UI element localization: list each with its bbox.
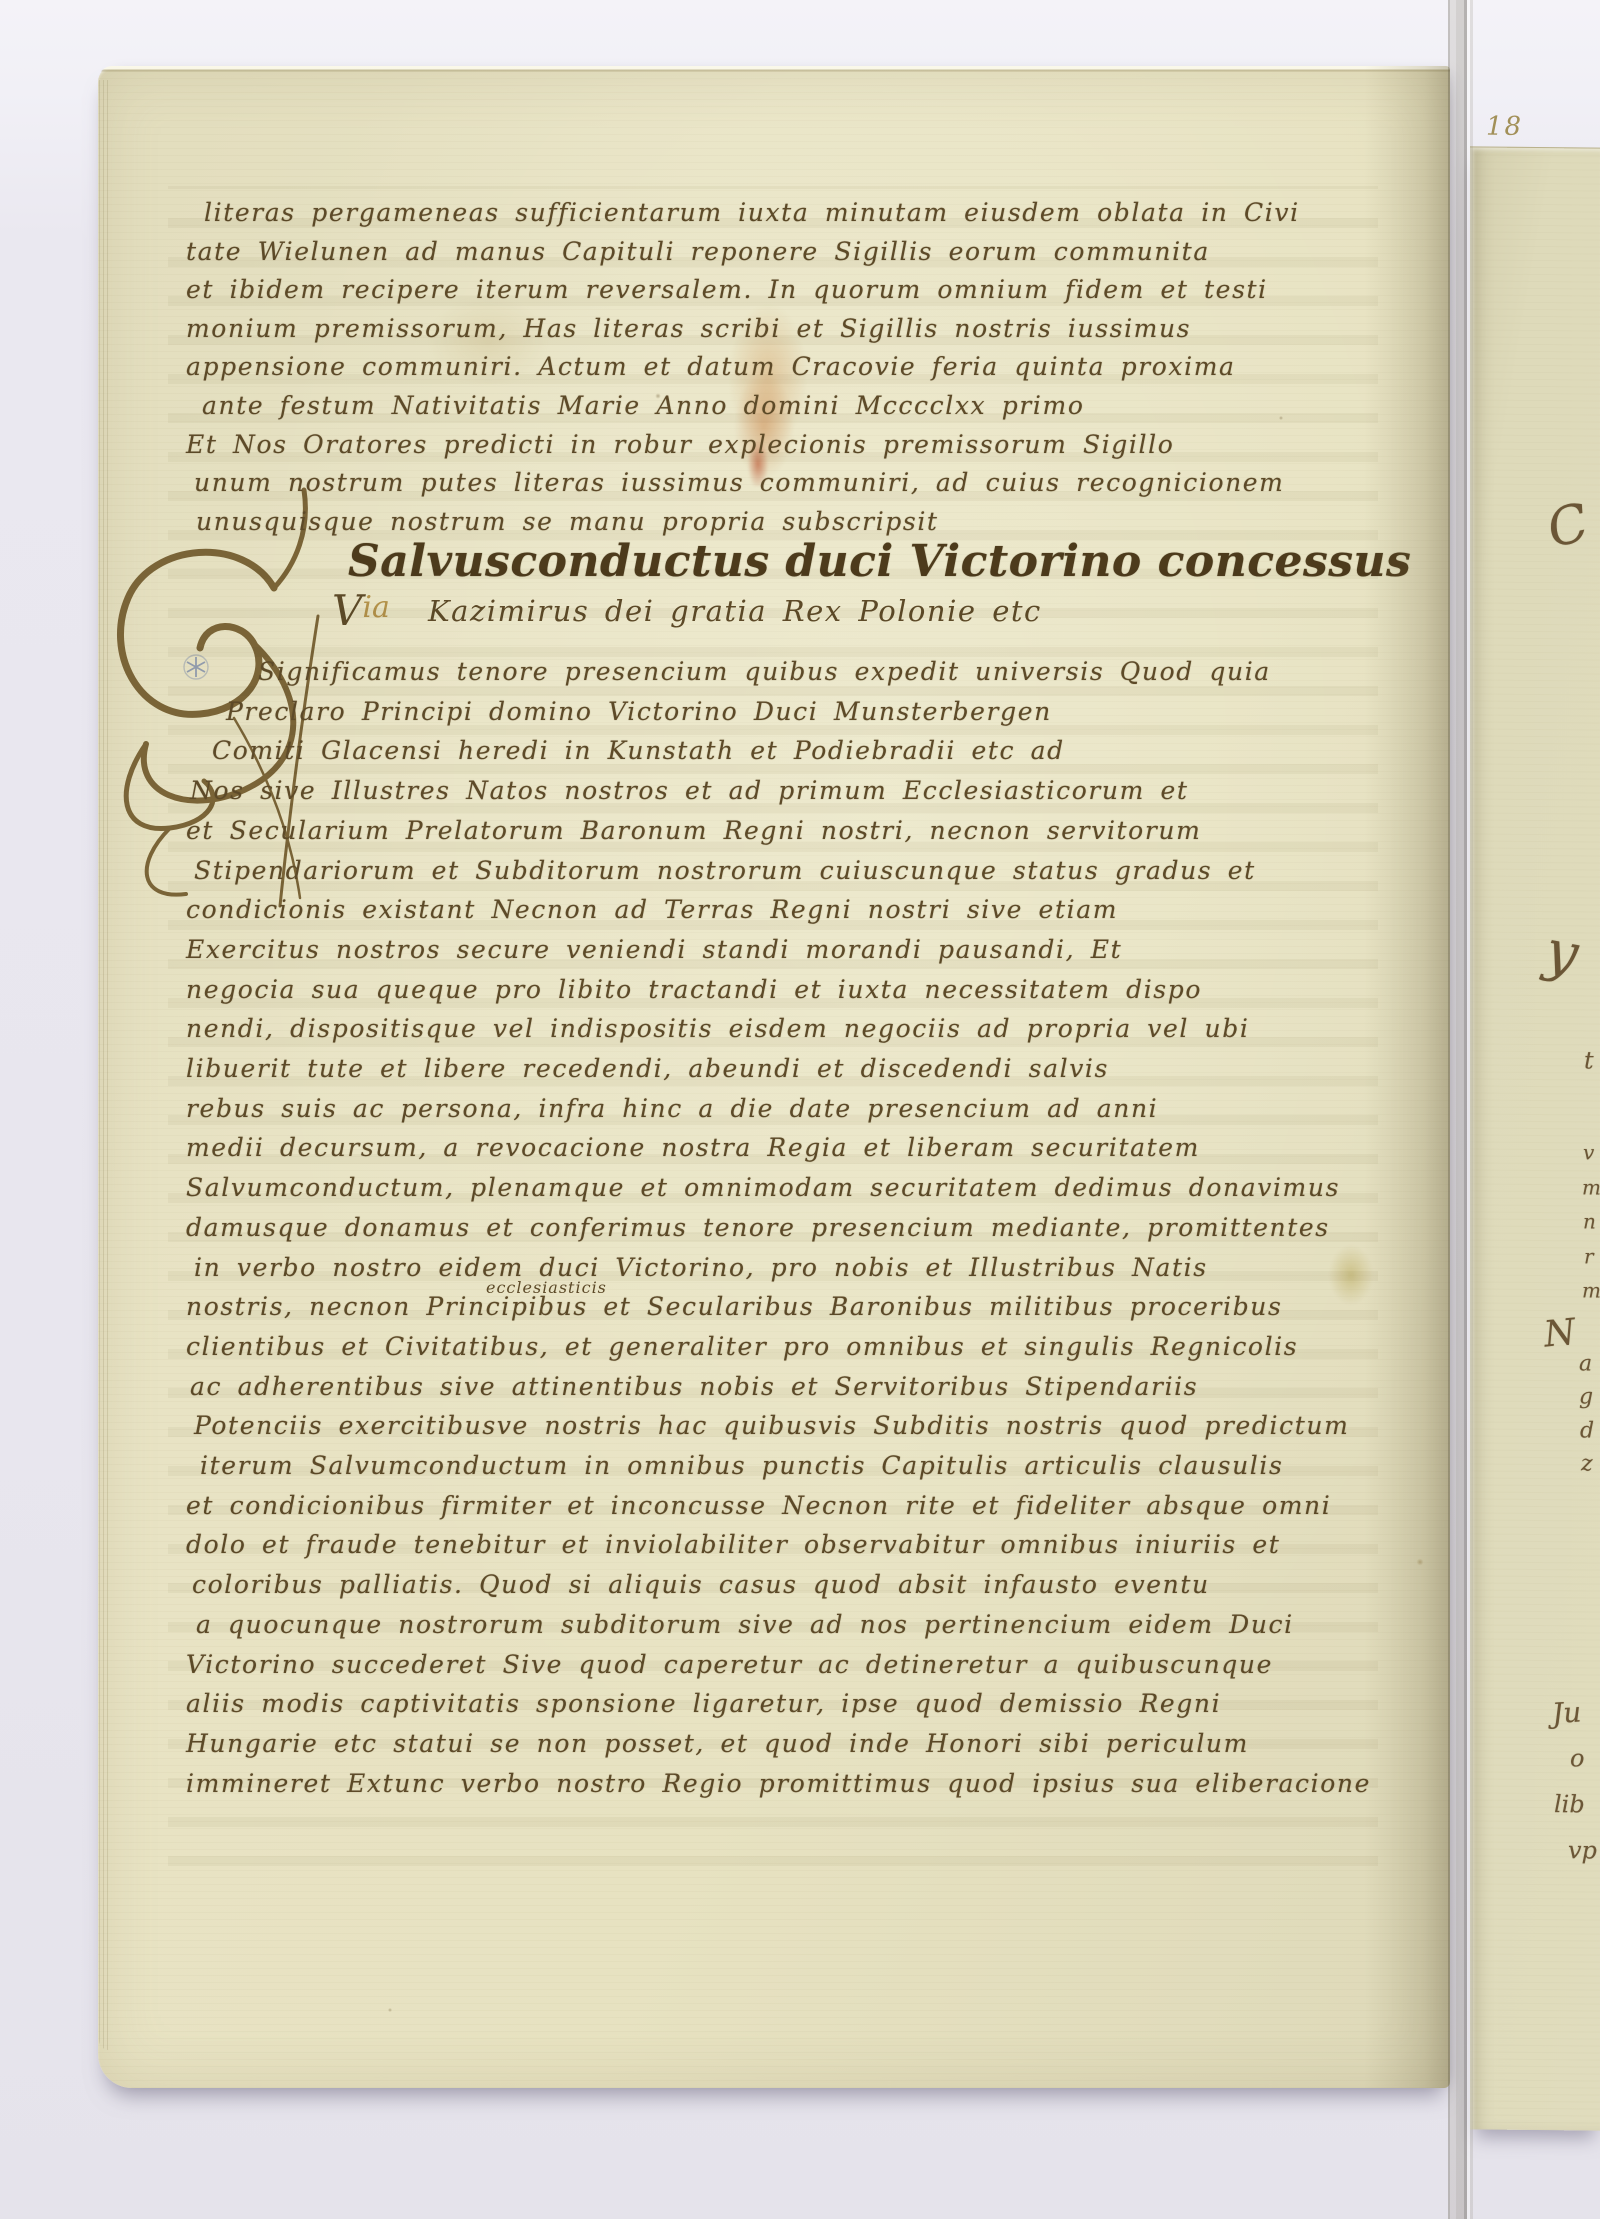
folio-number: 18 — [1486, 112, 1523, 142]
manuscript-line: a quocunque nostrorum subditorum sive ad… — [196, 1605, 1371, 1645]
ink-fragment: a — [1579, 1351, 1592, 1376]
margin-note-initial: V — [332, 586, 362, 635]
manuscript-line: Comiti Glacensi heredi in Kunstath et Po… — [212, 731, 1371, 771]
ink-fragment: Ju — [1551, 1695, 1582, 1730]
manuscript-line: unum nostrum putes literas iussimus comm… — [194, 464, 1300, 503]
manuscript-line: dolo et fraude tenebitur et inviolabilit… — [186, 1525, 1371, 1565]
manuscript-line: Salvumconductum, plenamque et omnimodam … — [186, 1168, 1371, 1208]
ink-fragment: n — [1583, 1209, 1596, 1233]
ink-fragment: N — [1542, 1312, 1578, 1356]
manuscript-line: Hungarie etc statui se non posset, et qu… — [186, 1724, 1371, 1764]
manuscript-line: ac adherentibus sive attinentibus nobis … — [190, 1367, 1371, 1407]
ink-fragment: m — [1582, 1175, 1600, 1199]
entry-heading: Salvusconductus duci Victorino concessus — [348, 536, 1411, 587]
ink-fragment: o — [1570, 1744, 1584, 1772]
ink-fragment: y — [1541, 918, 1583, 988]
manuscript-line: appensione communiri. Actum et datum Cra… — [186, 348, 1300, 387]
manuscript-line: Exercitus nostros secure veniendi standi… — [186, 930, 1371, 970]
manuscript-line: clientibus et Civitatibus, et generalite… — [186, 1327, 1371, 1367]
margin-note: Via — [332, 586, 390, 635]
salutation-line: Kazimirus dei gratia Rex Polonie etc — [428, 594, 1042, 628]
manuscript-line: negocia sua queque pro libito tractandi … — [186, 970, 1371, 1010]
manuscript-line: coloribus palliatis. Quod si aliquis cas… — [192, 1565, 1371, 1605]
previous-entry-text: literas pergameneas sufficientarum iuxta… — [186, 194, 1300, 541]
page-left-edge-stack — [99, 80, 109, 2050]
ink-fragment: r — [1584, 1244, 1594, 1268]
page-top-edge — [98, 66, 1450, 80]
manuscript-line: Nos sive Illustres Natos nostros et ad p… — [190, 771, 1371, 811]
ink-fragment: v — [1583, 1140, 1594, 1164]
ink-fragment: lib — [1554, 1790, 1585, 1818]
ink-fragment: t — [1584, 1046, 1594, 1074]
manuscript-line: iterum Salvumconductum in omnibus puncti… — [200, 1446, 1371, 1486]
manuscript-line: tate Wielunen ad manus Capituli reponere… — [186, 233, 1300, 272]
manuscript-line: libuerit tute et libere recedendi, abeun… — [186, 1049, 1371, 1089]
facing-page-sliver: 18 CytvmnrmNagdzJuolibvp — [1470, 146, 1600, 2130]
manuscript-line: condicionis existant Necnon ad Terras Re… — [186, 890, 1371, 930]
manuscript-line: Significamus tenore presencium quibus ex… — [258, 652, 1371, 692]
ink-fragment: C — [1541, 492, 1594, 560]
manuscript-line: immineret Extunc verbo nostro Regio prom… — [186, 1764, 1371, 1804]
manuscript-line: Victorino succederet Sive quod caperetur… — [186, 1645, 1371, 1685]
gutter-strip — [1448, 0, 1473, 2219]
ink-fragment: d — [1580, 1418, 1594, 1443]
manuscript-line: et condicionibus firmiter et inconcusse … — [186, 1486, 1371, 1526]
manuscript-line: medii decursum, a revocacione nostra Reg… — [186, 1128, 1371, 1168]
scan-background: literas pergameneas sufficientarum iuxta… — [0, 0, 1600, 2219]
safe-conduct-text: ecclesiasticis Significamus tenore prese… — [186, 652, 1371, 1803]
manuscript-line: et ibidem recipere iterum reversalem. In… — [186, 271, 1300, 310]
manuscript-line: in verbo nostro eidem duci Victorino, pr… — [194, 1248, 1371, 1288]
manuscript-line: aliis modis captivitatis sponsione ligar… — [186, 1684, 1371, 1724]
ink-fragment: z — [1581, 1451, 1593, 1476]
manuscript-line: Et Nos Oratores predicti in robur explec… — [186, 426, 1300, 465]
manuscript-line: Potenciis exercitibusve nostris hac quib… — [194, 1406, 1371, 1446]
edge-ink-fragments: CytvmnrmNagdzJuolibvp — [1470, 147, 1600, 148]
manuscript-line: Stipendariorum et Subditorum nostrorum c… — [194, 851, 1371, 891]
manuscript-line: Preclaro Principi domino Victorino Duci … — [226, 692, 1371, 732]
margin-note-rest: ia — [362, 590, 389, 625]
manuscript-line: monium premissorum, Has literas scribi e… — [186, 310, 1300, 349]
manuscript-line: rebus suis ac persona, infra hinc a die … — [186, 1089, 1371, 1129]
manuscript-line: literas pergameneas sufficientarum iuxta… — [204, 194, 1300, 233]
manuscript-line: nendi, dispositisque vel indispositis ei… — [186, 1009, 1371, 1049]
manuscript-line: damusque donamus et conferimus tenore pr… — [186, 1208, 1371, 1248]
interlinear-note: ecclesiasticis — [486, 1268, 607, 1308]
ink-fragment: vp — [1568, 1836, 1597, 1864]
manuscript-line: ante festum Nativitatis Marie Anno domin… — [202, 387, 1300, 426]
manuscript-page: literas pergameneas sufficientarum iuxta… — [98, 66, 1450, 2088]
manuscript-line: nostris, necnon Principibus et Secularib… — [186, 1287, 1371, 1327]
ink-fragment: g — [1579, 1384, 1593, 1409]
ink-fragment: m — [1582, 1278, 1600, 1302]
manuscript-line: et Secularium Prelatorum Baronum Regni n… — [186, 811, 1371, 851]
